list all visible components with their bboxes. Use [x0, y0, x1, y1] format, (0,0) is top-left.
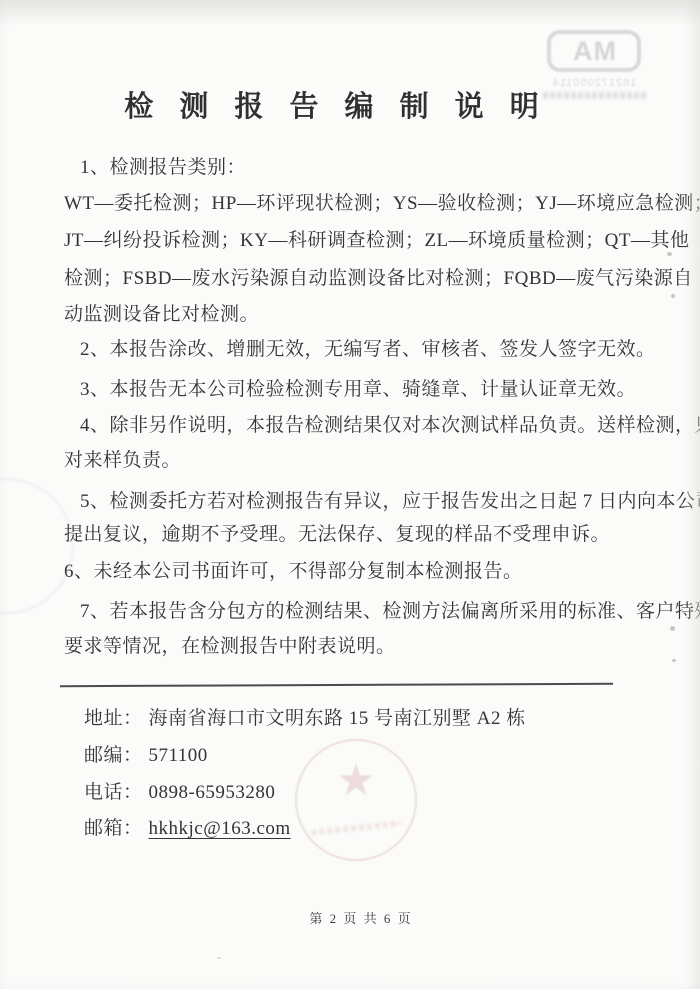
scan-speck [667, 252, 672, 256]
email-label: 邮箱： [84, 818, 143, 839]
report-note-line: 动监测设备比对检测。 [64, 304, 259, 326]
ghost-seal-bleedthrough [0, 478, 74, 614]
report-note-line: 要求等情况，在检测报告中附表说明。 [64, 636, 396, 658]
company-seal-stamp: ★ [295, 739, 417, 861]
cma-stamp-letters: MA [572, 38, 616, 65]
report-note-line: 6、未经本公司书面许可，不得部分复制本检测报告。 [64, 561, 523, 583]
scan-speck [670, 626, 675, 631]
contact-phone-row: 电话：0898-65953280 [84, 782, 275, 804]
report-note-line: 检测；FSBD—废水污染源自动监测设备比对检测；FQBD—废气污染源自 [64, 268, 693, 290]
scan-speck [672, 659, 676, 662]
scan-speck [217, 957, 221, 959]
report-note-line: JT—纠纷投诉检测；KY—科研调查检测；ZL—环境质量检测；QT—其他 [64, 230, 689, 252]
report-note-line: 2、本报告涂改、增删无效，无编写者、审核者、签发人签字无效。 [80, 339, 656, 361]
postcode-value: 571100 [149, 745, 208, 766]
contact-email-row: 邮箱：hkhkjc@163.com [84, 818, 291, 840]
page-number-indicator: 第 2 页 共 6 页 [0, 908, 700, 927]
contact-postcode-row: 邮编：571100 [84, 745, 208, 767]
address-label: 地址： [84, 708, 143, 729]
report-note-line: 提出复议，逾期不予受理。无法保存、复现的样品不受理申诉。 [64, 524, 610, 546]
phone-value: 0898-65953280 [149, 782, 276, 803]
postcode-label: 邮编： [84, 745, 143, 766]
address-value: 海南省海口市文明东路 15 号南江别墅 A2 栋 [149, 708, 526, 729]
cma-stamp-border: MA [547, 30, 641, 72]
report-note-line: 对来样负责。 [64, 450, 181, 472]
footer-divider-rule [60, 683, 613, 687]
phone-label: 电话： [84, 782, 143, 803]
report-note-line: WT—委托检测；HP—环评现状检测；YS—验收检测；YJ—环境应急检测； [64, 193, 700, 215]
scan-speck [663, 420, 666, 423]
report-note-line: 4、除非另作说明，本报告检测结果仅对本次测试样品负责。送样检测，只 [80, 415, 700, 437]
report-note-line: 3、本报告无本公司检验检测专用章、骑缝章、计量认证章无效。 [80, 379, 636, 401]
seal-arc-text-blur [311, 820, 401, 835]
email-value: hkhkjc@163.com [149, 818, 291, 839]
report-note-line: 1、检测报告类别： [80, 157, 246, 179]
seal-star-icon: ★ [297, 755, 415, 806]
scanned-report-page: { "document": { "title": "检 测 报 告 编 制 说 … [0, 0, 700, 989]
report-note-line: 5、检测委托方若对检测报告有异议，应于报告发出之日起 7 日内向本公司 [80, 491, 700, 513]
cma-stamp-subtext-blur [542, 92, 646, 99]
cma-accreditation-stamp: MA 162172050114 [538, 30, 650, 99]
scan-speck [671, 294, 675, 298]
report-note-line: 7、若本报告含分包方的检测结果、检测方法偏离所采用的标准、客户特殊 [80, 601, 700, 623]
contact-address-row: 地址：海南省海口市文明东路 15 号南江别墅 A2 栋 [84, 708, 526, 730]
cma-stamp-number: 162172050114 [552, 78, 637, 89]
